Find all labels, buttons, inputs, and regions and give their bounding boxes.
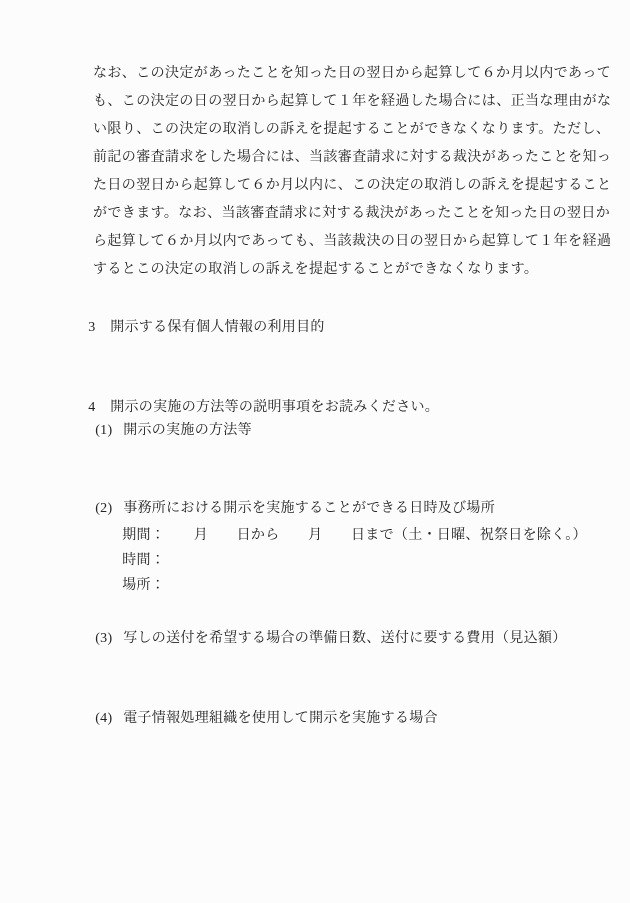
field-period-value: 月 日から 月 日まで（土・日曜、祝祭日を除く。） bbox=[165, 528, 587, 543]
document-page: なお、この決定があったことを知った日の翌日から起算して６か月以内であって も、こ… bbox=[0, 0, 630, 903]
section-3-title: 開示する保有個人情報の利用目的 bbox=[110, 320, 325, 335]
field-place: 場所： bbox=[107, 559, 165, 613]
item-1-title: 開示の実施の方法等 bbox=[123, 423, 252, 438]
notice-paragraph-line: なお、この決定があったことを知った日の翌日から起算して６か月以内であって bbox=[93, 60, 618, 88]
field-period: 期間： 月 日から 月 日まで（土・日曜、祝祭日を除く。） bbox=[107, 509, 587, 563]
notice-paragraph-line: ができます。なお、当該審査請求に対する裁決があったことを知った日の翌日か bbox=[93, 200, 618, 228]
field-place-label: 場所： bbox=[122, 577, 165, 595]
notice-paragraph-line: い限り、この決定の取消しの訴えを提起することができなくなります。ただし、 bbox=[93, 116, 618, 144]
item-3-title: 写しの送付を希望する場合の準備日数、送付に要する費用（見込額） bbox=[123, 631, 566, 646]
item-4-title: 電子情報処理組織を使用して開示を実施する場合 bbox=[123, 711, 438, 726]
section-3-heading: 3開示する保有個人情報の利用目的 bbox=[73, 301, 325, 355]
item-1-disclosure-method: (1)開示の実施の方法等 bbox=[80, 404, 252, 458]
item-4-number: (4) bbox=[95, 710, 123, 728]
notice-paragraph-line: た日の翌日から起算して６か月以内に、この決定の取消しの訴えを提起すること bbox=[93, 172, 618, 200]
notice-paragraph-line: するとこの決定の取消しの訴えを提起することができなくなります。 bbox=[93, 256, 618, 284]
appeal-notice-paragraph: なお、この決定があったことを知った日の翌日から起算して６か月以内であって も、こ… bbox=[93, 60, 618, 284]
notice-paragraph-line: 前記の審査請求をした場合には、当該審査請求に対する裁決があったことを知っ bbox=[93, 144, 618, 172]
notice-paragraph-line: も、この決定の日の翌日から起算して１年を経過した場合には、正当な理由がな bbox=[93, 88, 618, 116]
item-1-number: (1) bbox=[95, 422, 123, 440]
notice-paragraph-line: ら起算して６か月以内であっても、当該裁決の日の翌日から起算して１年を経過 bbox=[93, 228, 618, 256]
item-4-electronic-disclosure: (4)電子情報処理組織を使用して開示を実施する場合 bbox=[80, 692, 438, 746]
item-3-copy-mailing: (3)写しの送付を希望する場合の準備日数、送付に要する費用（見込額） bbox=[80, 612, 567, 666]
item-3-number: (3) bbox=[95, 630, 123, 648]
section-3-number: 3 bbox=[88, 319, 110, 337]
